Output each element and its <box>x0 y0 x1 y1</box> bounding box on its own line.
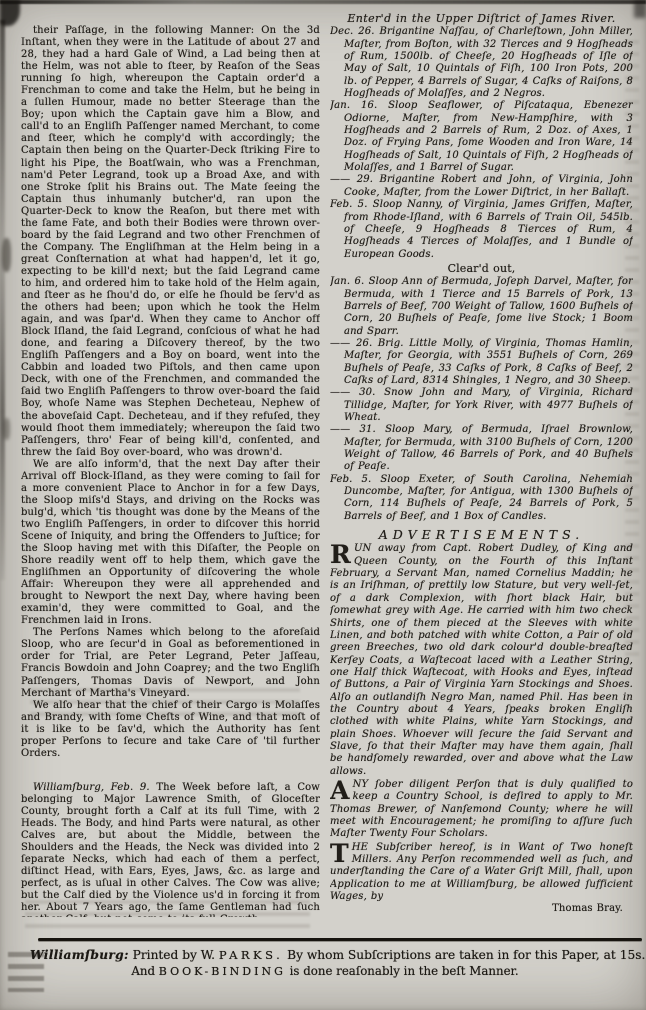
imprint-printed-by: Printed by W. <box>133 948 215 962</box>
imprint: Williamſburg: Printed by W. PARKS. By wh… <box>30 948 620 978</box>
imprint-place: Williamſburg: <box>30 948 129 962</box>
drop-cap: A <box>330 779 353 801</box>
imprint-line2: And BOOK-BINDING is done reaſonably in t… <box>30 964 620 978</box>
scan-artifact-ink-blob <box>2 238 11 272</box>
shipping-entry: —— 30. Snow John and Mary, of Virginia, … <box>330 387 633 424</box>
paragraph-text: We alſo hear that the chief of their Car… <box>21 700 320 759</box>
imprint-line1: Williamſburg: Printed by W. PARKS. By wh… <box>30 948 620 962</box>
imprint-bookbinding: BOOK-BINDING <box>159 965 286 978</box>
shipping-entry: —— 29. Brigantine Robert and John, of Vi… <box>330 174 633 199</box>
scan-artifact-ink-blob <box>3 418 10 440</box>
scan-artifact-corner-tl <box>0 0 20 26</box>
news-paragraph: We are alſo inform'd, that the next Day … <box>21 459 320 628</box>
ad-text: NY ſober diligent Perſon that is duly qu… <box>330 779 633 839</box>
news-paragraph: The Perſons Names which belong to the af… <box>21 627 320 699</box>
paragraph-text: The Perſons Names which belong to the af… <box>21 627 320 698</box>
newspaper-page: their Paſſage, in the following Manner: … <box>0 0 646 1010</box>
imprint-subscriptions: By whom Subſcriptions are taken in for t… <box>287 948 646 962</box>
advertisement: ANY ſober diligent Perſon that is duly q… <box>330 779 633 841</box>
imprint-printer-name: PARKS. <box>219 948 283 962</box>
imprint-line2-rest: is done reaſonably in the beſt Manner. <box>290 964 519 978</box>
shipping-entry: Jan. 6. Sloop Ann of Bermuda, Joſeph Dar… <box>330 276 633 338</box>
drop-cap: T <box>330 842 352 864</box>
advertisement: RUN away from Capt. Robert Dudley, of Ki… <box>330 543 633 778</box>
ad-text: HE Subſcriber hereof, is in Want of Two … <box>330 842 633 902</box>
entered-entries: Dec. 26. Brigantine Naſſau, of Charleſto… <box>330 26 633 261</box>
cleared-entries: Jan. 6. Sloop Ann of Bermuda, Joſeph Dar… <box>330 276 633 523</box>
scan-artifact-left-streak <box>0 20 5 580</box>
advertisements: RUN away from Capt. Robert Dudley, of Ki… <box>330 543 633 915</box>
scan-artifact-corner-tr <box>634 0 646 18</box>
ad-text: UN away from Capt. Robert Dudley, of Kin… <box>330 543 633 776</box>
shipping-entry: Dec. 26. Brigantine Naſſau, of Charleſto… <box>330 26 633 100</box>
news-paragraph: We alſo hear that the chief of their Car… <box>21 700 320 760</box>
imprint-divider-rule <box>38 938 642 941</box>
paragraph-text: their Paſſage, in the following Manner: … <box>21 25 320 458</box>
advertisement: THE Subſcriber hereof, is in Want of Two… <box>330 842 633 916</box>
shipping-entry: Jan. 16. Sloop Seaflower, of Piſcataqua,… <box>330 100 633 174</box>
advertisements-heading: ADVERTISEMENTS. <box>330 529 633 541</box>
entered-heading-text: Enter'd in the Upper Diſtrict of James R… <box>347 13 615 25</box>
shipping-entry: Feb. 5. Sloop Nanny, of Virginia, James … <box>330 199 633 261</box>
news-paragraph: Williamſburg, Feb. 9. The Week before la… <box>21 782 320 917</box>
shipping-entry: —— 31. Sloop Mary, of Bermuda, Iſrael Br… <box>330 424 633 473</box>
paragraph-text: We are alſo inform'd, that the next Day … <box>21 459 320 627</box>
news-paragraph: their Paſſage, in the following Manner: … <box>21 25 320 459</box>
entered-heading: Enter'd in the Upper Diſtrict of James R… <box>330 13 633 25</box>
drop-cap: R <box>330 543 354 565</box>
imprint-and: And <box>131 964 155 978</box>
cleared-heading: Clear'd out, <box>330 263 633 275</box>
scan-artifact-top-edge <box>0 0 646 4</box>
ad-signature: Thomas Bray. <box>330 903 633 915</box>
shipping-entry: Feb. 5. Sloop Exeter, of South Carolina,… <box>330 474 633 523</box>
shipping-entry: —— 26. Brig. Little Molly, of Virginia, … <box>330 338 633 387</box>
dateline: Williamſburg, Feb. 9. <box>33 782 150 793</box>
right-column: Enter'd in the Upper Diſtrict of James R… <box>330 13 633 931</box>
paragraph-text: The Week before laſt, a Cow belonging to… <box>21 782 320 917</box>
left-column: their Paſſage, in the following Manner: … <box>21 25 320 917</box>
